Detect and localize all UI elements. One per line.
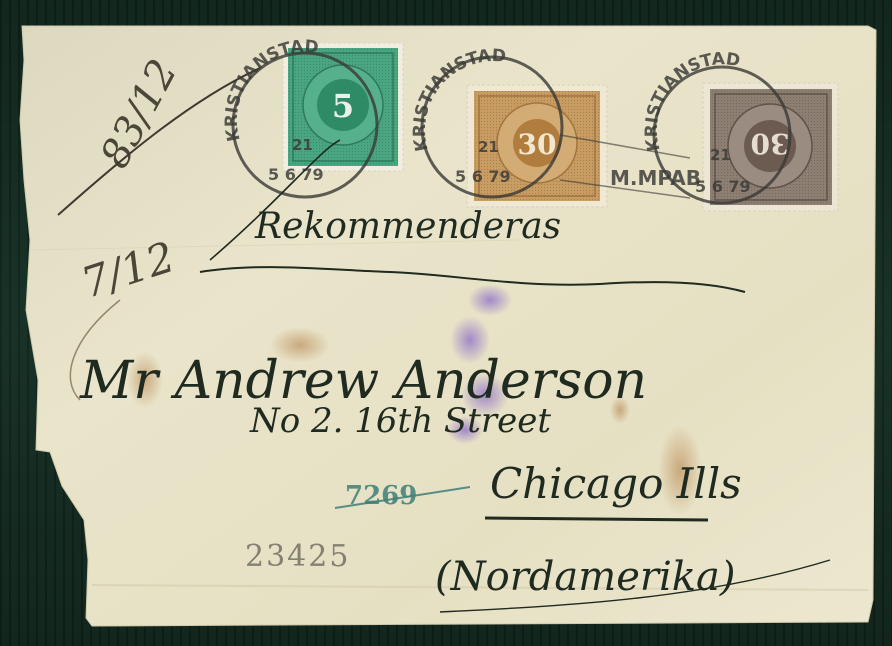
service-line: Rekommenderas	[254, 206, 561, 247]
postmark-date: 5 6 79	[268, 165, 324, 184]
country-line: (Nordamerika)	[435, 554, 735, 600]
postmark-day: 21	[478, 138, 499, 156]
stamp-denomination: 30	[518, 128, 557, 161]
stamp-denomination: 30	[751, 127, 790, 160]
postmark-date: 5 6 79	[695, 177, 751, 196]
postmark-day: 21	[710, 146, 731, 164]
stamp-denomination: 5	[332, 87, 354, 125]
postmark-date: 5 6 79	[455, 167, 511, 186]
svg-text:M.MPAB: M.MPAB	[610, 166, 701, 190]
envelope-photo: 5 30 30 KRISTIANSTAD 21 5 6 79 KRISTIANS…	[0, 0, 892, 646]
registration-number: 23425	[245, 539, 350, 574]
city-line: Chicago Ills	[490, 459, 742, 508]
city-underline	[485, 518, 708, 520]
postmark-day: 21	[292, 136, 313, 154]
street-line: No 2. 16th Street	[249, 401, 551, 441]
